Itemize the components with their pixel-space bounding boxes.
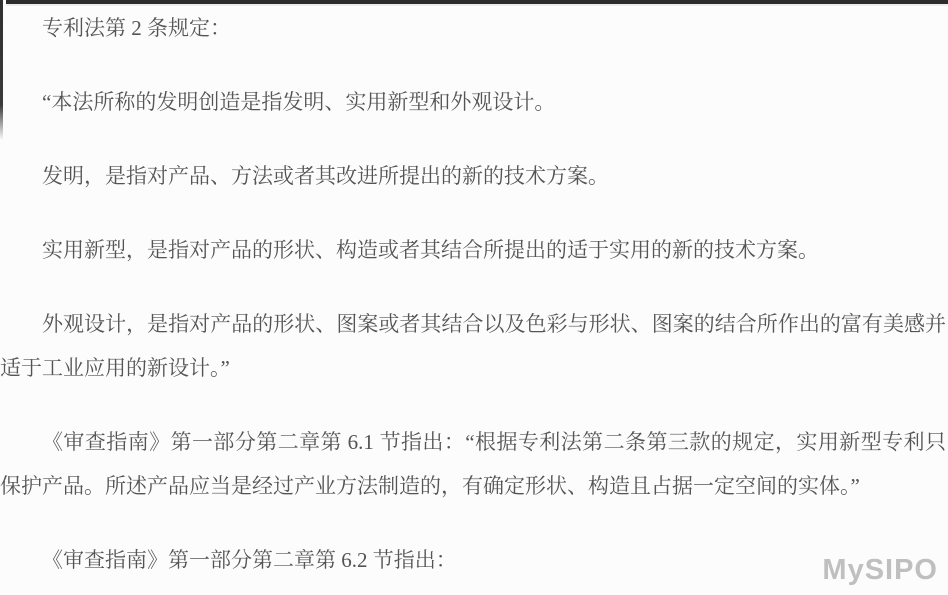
document-content: 专利法第 2 条规定： “本法所称的发明创造是指发明、实用新型和外观设计。 发明… <box>0 4 946 582</box>
document-page: 专利法第 2 条规定： “本法所称的发明创造是指发明、实用新型和外观设计。 发明… <box>0 0 948 595</box>
paragraph-patent-law-article-2: 专利法第 2 条规定： <box>0 6 946 50</box>
paragraph-utility-model-definition: 实用新型，是指对产品的形状、构造或者其结合所提出的适于实用的新的技术方案。 <box>0 228 946 272</box>
paragraph-guidelines-section-6-1: 《审查指南》第一部分第二章第 6.1 节指出：“根据专利法第二条第三款的规定，实… <box>0 420 946 508</box>
paragraph-invention-definition: 发明，是指对产品、方法或者其改进所提出的新的技术方案。 <box>0 154 946 198</box>
paragraph-guidelines-section-6-2: 《审查指南》第一部分第二章第 6.2 节指出： <box>0 538 946 582</box>
watermark-mysipo: MySIPO <box>822 554 938 587</box>
paragraph-invention-creation-definition: “本法所称的发明创造是指发明、实用新型和外观设计。 <box>0 80 946 124</box>
paragraph-design-definition: 外观设计，是指对产品的形状、图案或者其结合以及色彩与形状、图案的结合所作出的富有… <box>0 302 946 390</box>
